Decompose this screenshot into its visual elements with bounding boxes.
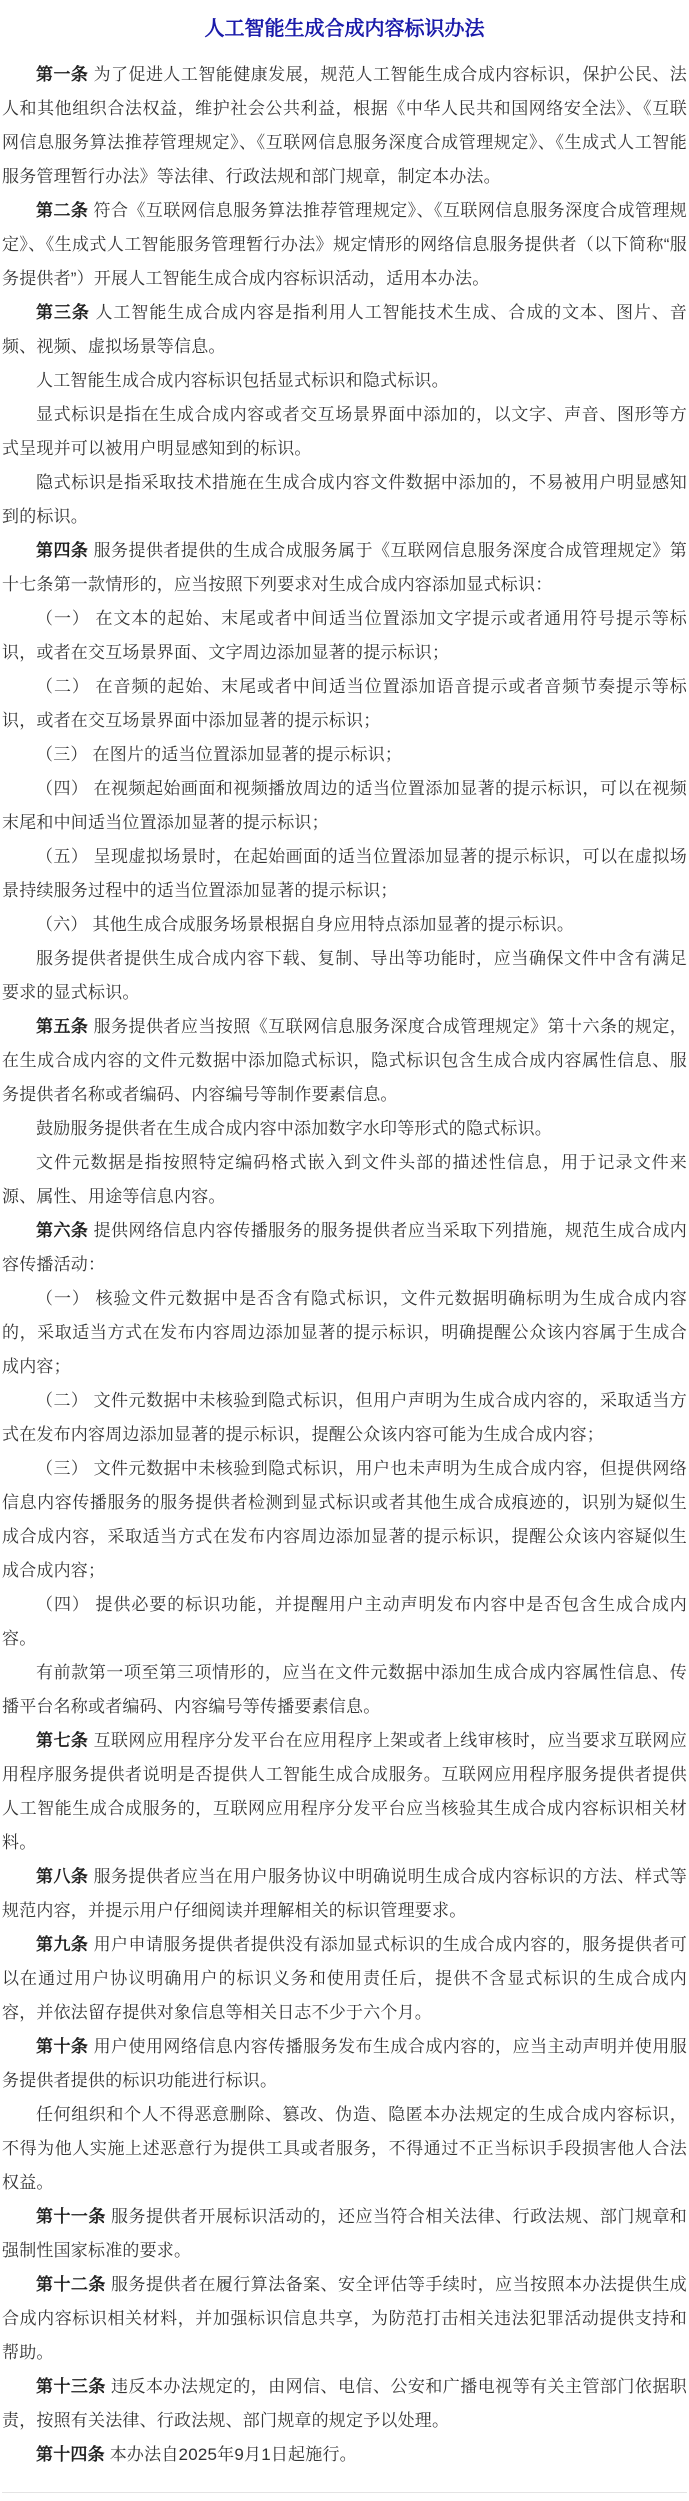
paragraph: （五） 呈现虚拟场景时，在起始画面的适当位置添加显著的提示标识，可以在虚拟场景持… — [2, 840, 687, 908]
paragraph: 人工智能生成合成内容标识包括显式标识和隐式标识。 — [2, 364, 687, 398]
article-number: 第二条 — [36, 201, 94, 220]
article-number: 第十条 — [36, 2037, 94, 2056]
document-page: { "page": { "title_color": "#1b1baa", "t… — [0, 0, 689, 2501]
paragraph: （三） 文件元数据中未核验到隐式标识，用户也未声明为生成合成内容，但提供网络信息… — [2, 1452, 687, 1588]
paragraph: 服务提供者提供生成合成内容下载、复制、导出等功能时，应当确保文件中含有满足要求的… — [2, 942, 687, 1010]
paragraph: （二） 文件元数据中未核验到隐式标识，但用户声明为生成合成内容的，采取适当方式在… — [2, 1384, 687, 1452]
paragraph: 鼓励服务提供者在生成合成内容中添加数字水印等形式的隐式标识。 — [2, 1112, 687, 1146]
article-number: 第七条 — [36, 1731, 94, 1750]
article-number: 第十四条 — [36, 2445, 110, 2464]
article-number: 第五条 — [36, 1017, 94, 1036]
paragraph: （一） 在文本的起始、末尾或者中间适当位置添加文字提示或者通用符号提示等标识，或… — [2, 602, 687, 670]
article-number: 第六条 — [36, 1221, 94, 1240]
paragraph: 第五条 服务提供者应当按照《互联网信息服务深度合成管理规定》第十六条的规定，在生… — [2, 1010, 687, 1112]
article-number: 第四条 — [36, 541, 94, 560]
paragraph: （一） 核验文件元数据中是否含有隐式标识，文件元数据明确标明为生成合成内容的，采… — [2, 1282, 687, 1384]
paragraph: 任何组织和个人不得恶意删除、篡改、伪造、隐匿本办法规定的生成合成内容标识，不得为… — [2, 2098, 687, 2200]
paragraph: 第九条 用户申请服务提供者提供没有添加显式标识的生成合成内容的，服务提供者可以在… — [2, 1928, 687, 2030]
article-number: 第三条 — [36, 303, 96, 322]
paragraph: （四） 在视频起始画面和视频播放周边的适当位置添加显著的提示标识，可以在视频末尾… — [2, 772, 687, 840]
paragraph: 隐式标识是指采取技术措施在生成合成内容文件数据中添加的，不易被用户明显感知到的标… — [2, 466, 687, 534]
paragraph: （四） 提供必要的标识功能，并提醒用户主动声明发布内容中是否包含生成合成内容。 — [2, 1588, 687, 1656]
document-body: 第一条 为了促进人工智能健康发展，规范人工智能生成合成内容标识，保护公民、法人和… — [2, 58, 687, 2472]
article-number: 第八条 — [36, 1867, 94, 1886]
paragraph: 第七条 互联网应用程序分发平台在应用程序上架或者上线审核时，应当要求互联网应用程… — [2, 1724, 687, 1860]
document-title: 人工智能生成合成内容标识办法 — [2, 14, 687, 44]
paragraph: 第十二条 服务提供者在履行算法备案、安全评估等手续时，应当按照本办法提供生成合成… — [2, 2268, 687, 2370]
paragraph: 第四条 服务提供者提供的生成合成服务属于《互联网信息服务深度合成管理规定》第十七… — [2, 534, 687, 602]
paragraph: 第三条 人工智能生成合成内容是指利用人工智能技术生成、合成的文本、图片、音频、视… — [2, 296, 687, 364]
paragraph: 第十一条 服务提供者开展标识活动的，还应当符合相关法律、行政法规、部门规章和强制… — [2, 2200, 687, 2268]
paragraph: 第一条 为了促进人工智能健康发展，规范人工智能生成合成内容标识，保护公民、法人和… — [2, 58, 687, 194]
paragraph: （二） 在音频的起始、末尾或者中间适当位置添加语音提示或者音频节奏提示等标识，或… — [2, 670, 687, 738]
paragraph: 第十三条 违反本办法规定的，由网信、电信、公安和广播电视等有关主管部门依据职责，… — [2, 2370, 687, 2438]
paragraph: 第二条 符合《互联网信息服务算法推荐管理规定》、《互联网信息服务深度合成管理规定… — [2, 194, 687, 296]
paragraph: 第八条 服务提供者应当在用户服务协议中明确说明生成合成内容标识的方法、样式等规范… — [2, 1860, 687, 1928]
bottom-divider — [2, 2492, 687, 2501]
paragraph: （六） 其他生成合成服务场景根据自身应用特点添加显著的提示标识。 — [2, 908, 687, 942]
paragraph: 文件元数据是指按照特定编码格式嵌入到文件头部的描述性信息，用于记录文件来源、属性… — [2, 1146, 687, 1214]
paragraph: 第六条 提供网络信息内容传播服务的服务提供者应当采取下列措施，规范生成合成内容传… — [2, 1214, 687, 1282]
article-number: 第十二条 — [36, 2275, 111, 2294]
article-number: 第十一条 — [36, 2207, 111, 2226]
paragraph: 第十条 用户使用网络信息内容传播服务发布生成合成内容的，应当主动声明并使用服务提… — [2, 2030, 687, 2098]
article-number: 第一条 — [36, 65, 94, 84]
paragraph: （三） 在图片的适当位置添加显著的提示标识； — [2, 738, 687, 772]
article-number: 第十三条 — [36, 2377, 111, 2396]
paragraph: 第十四条 本办法自2025年9月1日起施行。 — [2, 2438, 687, 2472]
paragraph: 显式标识是指在生成合成内容或者交互场景界面中添加的，以文字、声音、图形等方式呈现… — [2, 398, 687, 466]
paragraph: 有前款第一项至第三项情形的，应当在文件元数据中添加生成合成内容属性信息、传播平台… — [2, 1656, 687, 1724]
article-number: 第九条 — [36, 1935, 94, 1954]
